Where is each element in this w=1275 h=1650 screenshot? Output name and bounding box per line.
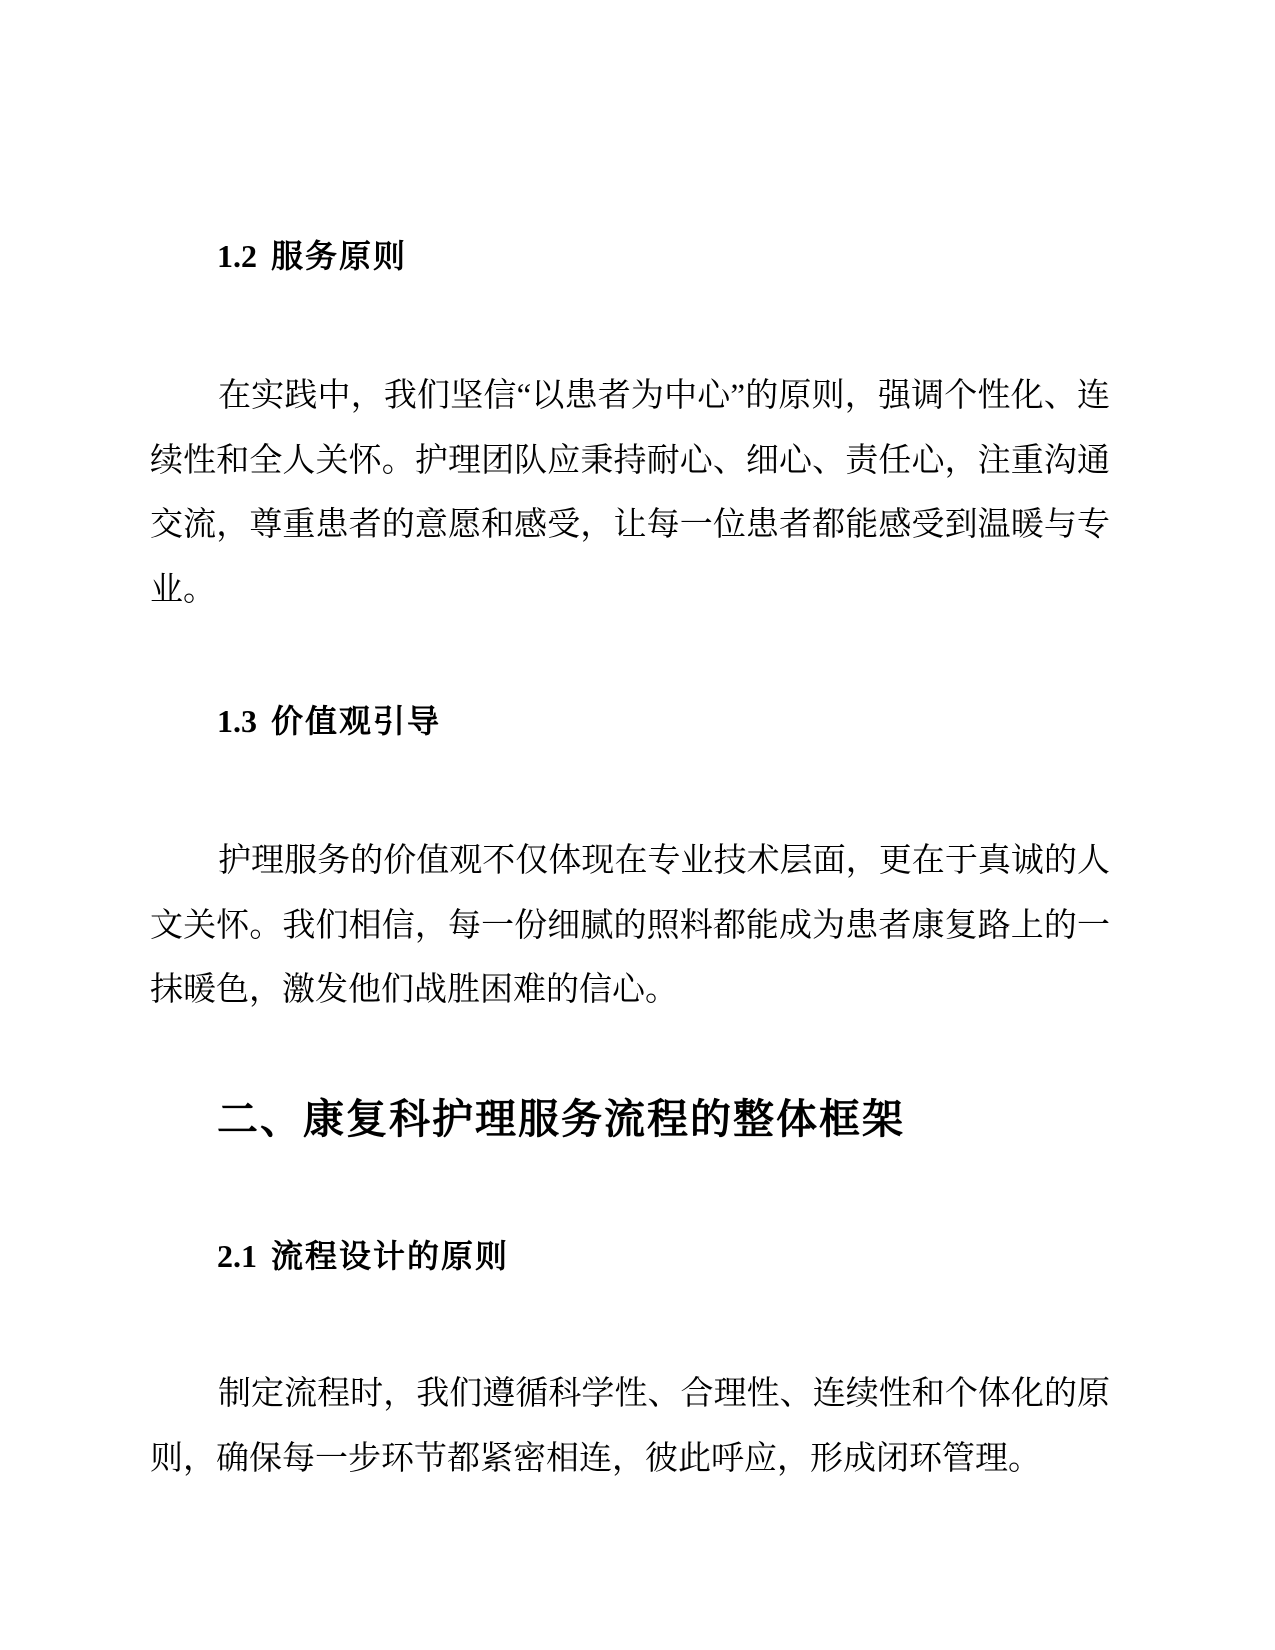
paragraph-line: 续性和全人关怀。护理团队应秉持耐心、细心、责任心，注重沟通 xyxy=(150,429,1110,494)
section-title: 服务原则 xyxy=(271,238,407,274)
paragraph-line: 则，确保每一步环节都紧密相连，彼此呼应，形成闭环管理。 xyxy=(150,1427,1110,1492)
section-number: 2.1 xyxy=(217,1238,257,1274)
chapter-heading-2: 二、康复科护理服务流程的整体框架 xyxy=(217,1094,905,1144)
paragraph-line: 业。 xyxy=(150,558,1110,623)
paragraph-line: 文关怀。我们相信，每一份细腻的照料都能成为患者康复路上的一 xyxy=(150,894,1110,959)
section-heading-1-2: 1.2服务原则 xyxy=(217,236,407,276)
section-title: 流程设计的原则 xyxy=(271,1238,509,1274)
paragraph-line: 在实践中，我们坚信“以患者为中心”的原则，强调个性化、连 xyxy=(150,364,1110,429)
paragraph: 制定流程时，我们遵循科学性、合理性、连续性和个体化的原 则，确保每一步环节都紧密… xyxy=(150,1362,1110,1491)
section-number: 1.3 xyxy=(217,703,257,739)
section-number: 1.2 xyxy=(217,238,257,274)
paragraph: 在实践中，我们坚信“以患者为中心”的原则，强调个性化、连 续性和全人关怀。护理团… xyxy=(150,364,1110,622)
paragraph-line: 制定流程时，我们遵循科学性、合理性、连续性和个体化的原 xyxy=(150,1362,1110,1427)
paragraph-line: 抹暖色，激发他们战胜困难的信心。 xyxy=(150,958,1110,1023)
section-heading-2-1: 2.1流程设计的原则 xyxy=(217,1236,509,1276)
document-page: 1.2服务原则 在实践中，我们坚信“以患者为中心”的原则，强调个性化、连 续性和… xyxy=(0,0,1275,1650)
paragraph-line: 护理服务的价值观不仅体现在专业技术层面，更在于真诚的人 xyxy=(150,829,1110,894)
section-heading-1-3: 1.3价值观引导 xyxy=(217,701,441,741)
paragraph: 护理服务的价值观不仅体现在专业技术层面，更在于真诚的人 文关怀。我们相信，每一份… xyxy=(150,829,1110,1023)
section-title: 价值观引导 xyxy=(271,703,441,739)
paragraph-line: 交流，尊重患者的意愿和感受，让每一位患者都能感受到温暖与专 xyxy=(150,493,1110,558)
